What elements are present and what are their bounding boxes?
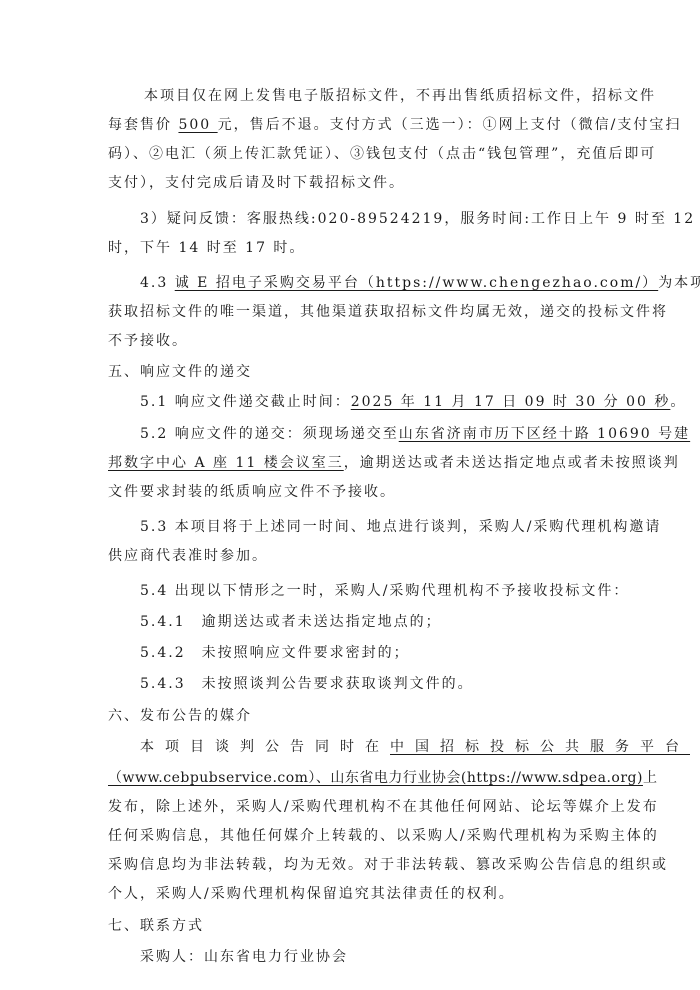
text: 供应商代表准时参加。 <box>108 548 268 564</box>
text: 5.4.3 未按照谈判公告要求获取谈判文件的。 <box>140 676 474 692</box>
text: 5.4.2 未按照响应文件要求密封的； <box>140 645 410 661</box>
sdpea-link[interactable]: （www.cebpubservice.com）、山东省电力行业协会(https:… <box>108 770 643 786</box>
text: 不予接收。 <box>108 333 188 349</box>
heading-text: 七、联系方式 <box>108 918 204 934</box>
text: 码）、②电汇（须上传汇款凭证）、③钱包支付（点击“钱包管理”，充值后即可 <box>108 146 656 162</box>
text: 5.3 本项目将于上述同一时间、地点进行谈判，采购人/采购代理机构邀请 <box>140 519 661 535</box>
paragraph-line: 采购人：山东省电力行业协会 <box>140 947 348 967</box>
text: 时，下午 14 时至 17 时。 <box>108 240 305 256</box>
text: 每套售价 <box>108 117 178 133</box>
platform-link[interactable]: 诚 E 招电子采购交易平台（https://www.chengezhao.com… <box>175 275 658 291</box>
paragraph-line: 不予接收。 <box>108 331 188 351</box>
text: 发布，除上述外，采购人/采购代理机构不在其他任何网站、论坛等媒介上发布 <box>108 799 659 815</box>
text: 个人，采购人/采购代理机构保留追究其法律责任的权利。 <box>108 886 515 902</box>
text: 本项目谈判公告同时在 <box>140 739 390 755</box>
text: 5.2 响应文件的递交：须现场递交至 <box>140 426 399 442</box>
paragraph-line: 3）疑问反馈：客服热线:020-89524219，服务时间:工作日上午 9 时至… <box>140 209 695 229</box>
section-heading: 七、联系方式 <box>108 916 204 936</box>
list-item: 5.4.1 逾期送达或者未送达指定地点的； <box>140 612 442 632</box>
paragraph-line: 任何采购信息，其他任何媒介上转载的、以采购人/采购代理机构为采购主体的 <box>108 826 659 846</box>
paragraph-line: 时，下午 14 时至 17 时。 <box>108 238 305 258</box>
paragraph-line: 采购信息均为非法转载，均为无效。对于非法转载、篡改采购公告信息的组织或 <box>108 855 668 875</box>
text: 任何采购信息，其他任何媒介上转载的、以采购人/采购代理机构为采购主体的 <box>108 828 659 844</box>
paragraph-line: 4.3 诚 E 招电子采购交易平台（https://www.chengezhao… <box>140 273 700 293</box>
paragraph-line: 本项目仅在网上发售电子版招标文件，不再出售纸质招标文件，招标文件 <box>144 86 656 106</box>
text: 文件要求封装的纸质响应文件不予接收。 <box>108 484 396 500</box>
text: 上 <box>643 770 658 786</box>
paragraph-line: 供应商代表准时参加。 <box>108 546 268 566</box>
paragraph-line: 5.2 响应文件的递交：须现场递交至山东省济南市历下区经十路 10690 号建 <box>140 424 690 444</box>
paragraph-line: 文件要求封装的纸质响应文件不予接收。 <box>108 482 396 502</box>
paragraph-line: （www.cebpubservice.com）、山东省电力行业协会(https:… <box>108 768 657 788</box>
text: 5.4.1 逾期送达或者未送达指定地点的； <box>140 614 442 630</box>
text: ，逾期送达或者未送达指定地点或者未按照谈判 <box>344 455 680 471</box>
paragraph-line: 个人，采购人/采购代理机构保留追究其法律责任的权利。 <box>108 884 515 904</box>
section-heading: 六、发布公告的媒介 <box>108 706 252 726</box>
address-underlined: 邦数字中心 A 座 11 楼会议室三 <box>108 455 344 471</box>
paragraph-line: 5.1 响应文件递交截止时间：2025 年 11 月 17 日 09 时 30 … <box>140 392 686 412</box>
text: 获取招标文件的唯一渠道，其他渠道获取招标文件均属无效，递交的投标文件将 <box>108 304 668 320</box>
paragraph-line: 本项目谈判公告同时在中国招标投标公共服务平台 <box>140 737 594 757</box>
text: 本项目仅在网上发售电子版招标文件，不再出售纸质招标文件，招标文件 <box>144 88 656 104</box>
paragraph-line: 5.3 本项目将于上述同一时间、地点进行谈判，采购人/采购代理机构邀请 <box>140 517 661 537</box>
paragraph-line: 支付），支付完成后请及时下载招标文件。 <box>108 173 405 193</box>
text: 元，售后不退。支付方式（三选一）：①网上支付（微信/支付宝扫 <box>218 117 682 133</box>
section-heading: 五、响应文件的递交 <box>108 362 252 382</box>
text: 。 <box>670 394 686 410</box>
text: 支付），支付完成后请及时下载招标文件。 <box>108 175 405 191</box>
text: 4.3 <box>140 275 175 291</box>
heading-text: 六、发布公告的媒介 <box>108 708 252 724</box>
paragraph-line: 码）、②电汇（须上传汇款凭证）、③钱包支付（点击“钱包管理”，充值后即可 <box>108 144 656 164</box>
text: 采购信息均为非法转载，均为无效。对于非法转载、篡改采购公告信息的组织或 <box>108 857 668 873</box>
paragraph-line: 发布，除上述外，采购人/采购代理机构不在其他任何网站、论坛等媒介上发布 <box>108 797 659 817</box>
deadline-underlined: 2025 年 11 月 17 日 09 时 30 分 00 秒 <box>351 394 671 410</box>
list-item: 5.4.2 未按照响应文件要求密封的； <box>140 643 410 663</box>
paragraph-line: 每套售价 500 元，售后不退。支付方式（三选一）：①网上支付（微信/支付宝扫 <box>108 115 681 135</box>
paragraph-line: 获取招标文件的唯一渠道，其他渠道获取招标文件均属无效，递交的投标文件将 <box>108 302 668 322</box>
text: 5.1 响应文件递交截止时间： <box>140 394 351 410</box>
list-item: 5.4.3 未按照谈判公告要求获取谈判文件的。 <box>140 674 474 694</box>
paragraph-line: 5.4 出现以下情形之一时，采购人/采购代理机构不予接收投标文件： <box>140 581 629 601</box>
price-underlined: 500 <box>178 117 217 133</box>
text: 5.4 出现以下情形之一时，采购人/采购代理机构不予接收投标文件： <box>140 583 629 599</box>
cebpub-link[interactable]: 中国招标投标公共服务平台 <box>390 739 690 755</box>
text: 采购人：山东省电力行业协会 <box>140 949 348 965</box>
paragraph-line: 邦数字中心 A 座 11 楼会议室三，逾期送达或者未送达指定地点或者未按照谈判 <box>108 453 680 473</box>
address-underlined: 山东省济南市历下区经十路 10690 号建 <box>399 426 690 442</box>
text: 为本项目 <box>658 275 700 291</box>
heading-text: 五、响应文件的递交 <box>108 364 252 380</box>
text: 3）疑问反馈：客服热线:020-89524219，服务时间:工作日上午 9 时至… <box>140 211 695 227</box>
